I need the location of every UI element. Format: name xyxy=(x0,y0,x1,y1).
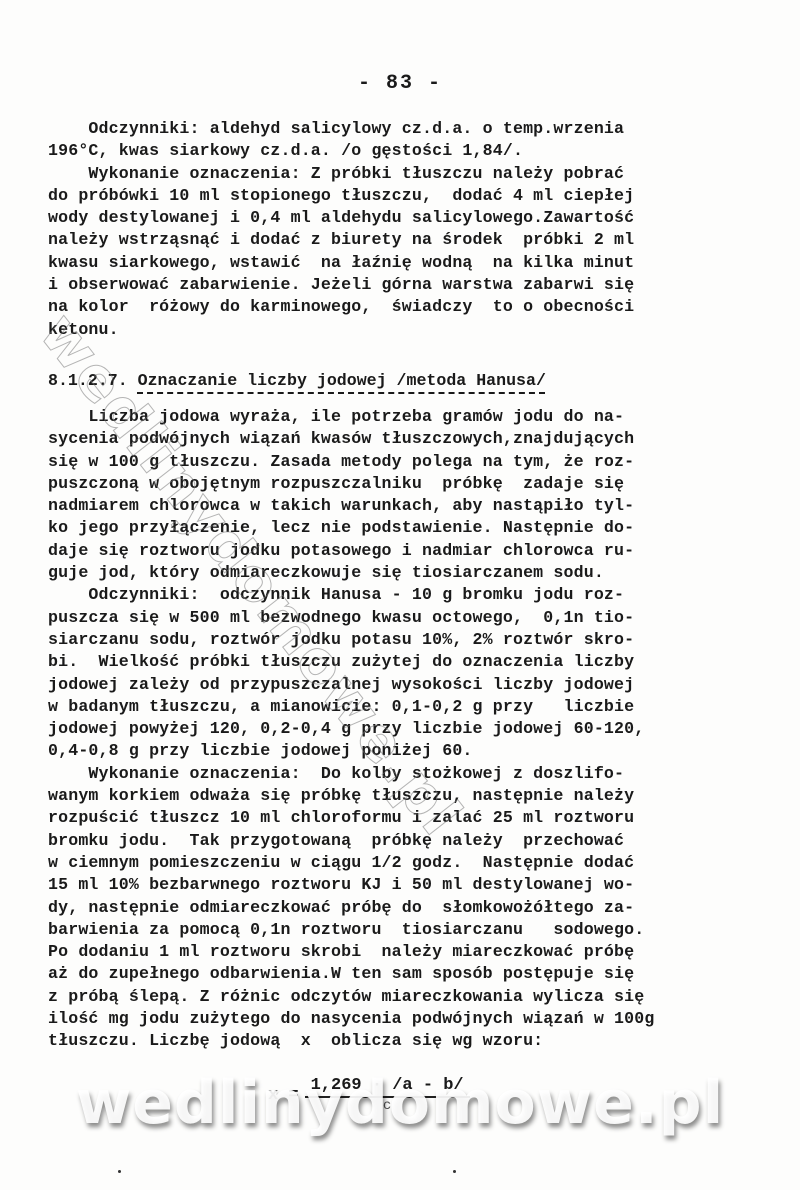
paragraph-iodine-value: Liczba jodowa wyraża, ile potrzeba gramó… xyxy=(48,406,768,1053)
text-line: ilość mg jodu zużytego do nasycenia podw… xyxy=(48,1008,768,1030)
formula-fraction: 1,269 · /a - b/ c xyxy=(305,1076,470,1114)
text-line: 15 ml 10% bezbarwnego roztworu KJ i 50 m… xyxy=(48,874,768,896)
section-heading: 8.1.2.7. Oznaczanie liczby jodowej /meto… xyxy=(48,371,546,390)
paragraph-reagents-salicylic: Odczynniki: aldehyd salicylowy cz.d.a. o… xyxy=(48,118,768,341)
text-line: jodowej zależy od przypuszczalnej wysoko… xyxy=(48,674,768,696)
text-line: dy, następnie odmiareczkować próbę do sł… xyxy=(48,897,768,919)
text-line: ketonu. xyxy=(48,319,768,341)
text-line: wody destylowanej i 0,4 ml aldehydu sali… xyxy=(48,207,768,229)
text-line: 0,4-0,8 g przy liczbie jodowej poniżej 6… xyxy=(48,740,768,762)
text-line: bi. Wielkość próbki tłuszczu zużytej do … xyxy=(48,651,768,673)
formula-denominator: c xyxy=(383,1098,391,1114)
page-number: - 83 - xyxy=(0,72,800,95)
text-line: jodowej powyżej 120, 0,2-0,4 g przy licz… xyxy=(48,718,768,740)
text-line: sycenia podwójnych wiązań kwasów tłuszcz… xyxy=(48,428,768,450)
text-line: Wykonanie oznaczenia: Z próbki tłuszczu … xyxy=(48,163,768,185)
text-line: daje się roztworu jodku potasowego i nad… xyxy=(48,540,768,562)
section-number: 8.1.2.7. xyxy=(48,371,128,390)
text-line: 196°C, kwas siarkowy cz.d.a. /o gęstości… xyxy=(48,140,768,162)
text-line: w ciemnym pomieszczeniu w ciągu 1/2 godz… xyxy=(48,852,768,874)
text-line: należy wstrząsnąć i dodać z biurety na ś… xyxy=(48,229,768,251)
text-line: kwasu siarkowego, wstawić na łaźnię wodn… xyxy=(48,252,768,274)
text-line: Wykonanie oznaczenia: Do kolby stożkowej… xyxy=(48,763,768,785)
text-line: Odczynniki: odczynnik Hanusa - 10 g brom… xyxy=(48,584,768,606)
text-line: puszcza się w 500 ml bezwodnego kwasu oc… xyxy=(48,607,768,629)
section-title: Oznaczanie liczby jodowej /metoda Hanusa… xyxy=(138,371,546,390)
text-line: nadmiarem chlorowca w takich warunkach, … xyxy=(48,495,768,517)
text-line: na kolor różowy do karminowego, świadczy… xyxy=(48,296,768,318)
iodine-value-formula: x = 1,269 · /a - b/ c xyxy=(268,1076,470,1114)
text-line: Liczba jodowa wyraża, ile potrzeba gramó… xyxy=(48,406,768,428)
text-line: w badanym tłuszczu, a mianowicie: 0,1-0,… xyxy=(48,696,768,718)
text-line: guje jod, który odmiareczkowuje się tios… xyxy=(48,562,768,584)
text-line: tłuszczu. Liczbę jodową x oblicza się wg… xyxy=(48,1030,768,1052)
text-line: puszczoną w obojętnym rozpuszczalniku pr… xyxy=(48,473,768,495)
formula-lhs: x = xyxy=(268,1086,299,1105)
text-line: rozpuścić tłuszcz 10 ml chloroformu i za… xyxy=(48,807,768,829)
text-line: do próbówki 10 ml stopionego tłuszczu, d… xyxy=(48,185,768,207)
scan-speck xyxy=(453,1170,456,1173)
text-line: Po dodaniu 1 ml roztworu skrobi należy m… xyxy=(48,941,768,963)
text-line: się w 100 g tłuszczu. Zasada metody pole… xyxy=(48,451,768,473)
text-line: i obserwować zabarwienie. Jeżeli górna w… xyxy=(48,274,768,296)
text-line: aż do zupełnego odbarwienia.W ten sam sp… xyxy=(48,963,768,985)
text-line: z próbą ślepą. Z różnic odczytów miarecz… xyxy=(48,986,768,1008)
text-line: barwienia za pomocą 0,1n roztworu tiosia… xyxy=(48,919,768,941)
text-line: ko jego przyłączenie, lecz nie podstawie… xyxy=(48,517,768,539)
text-line: bromku jodu. Tak przygotowaną próbkę nal… xyxy=(48,830,768,852)
formula-numerator: 1,269 · /a - b/ xyxy=(305,1076,470,1098)
text-line: wanym korkiem odważa się próbkę tłuszczu… xyxy=(48,785,768,807)
scan-speck xyxy=(118,1170,121,1173)
text-line: siarczanu sodu, roztwór jodku potasu 10%… xyxy=(48,629,768,651)
text-line: Odczynniki: aldehyd salicylowy cz.d.a. o… xyxy=(48,118,768,140)
scanned-page: - 83 - Odczynniki: aldehyd salicylowy cz… xyxy=(0,0,800,1190)
